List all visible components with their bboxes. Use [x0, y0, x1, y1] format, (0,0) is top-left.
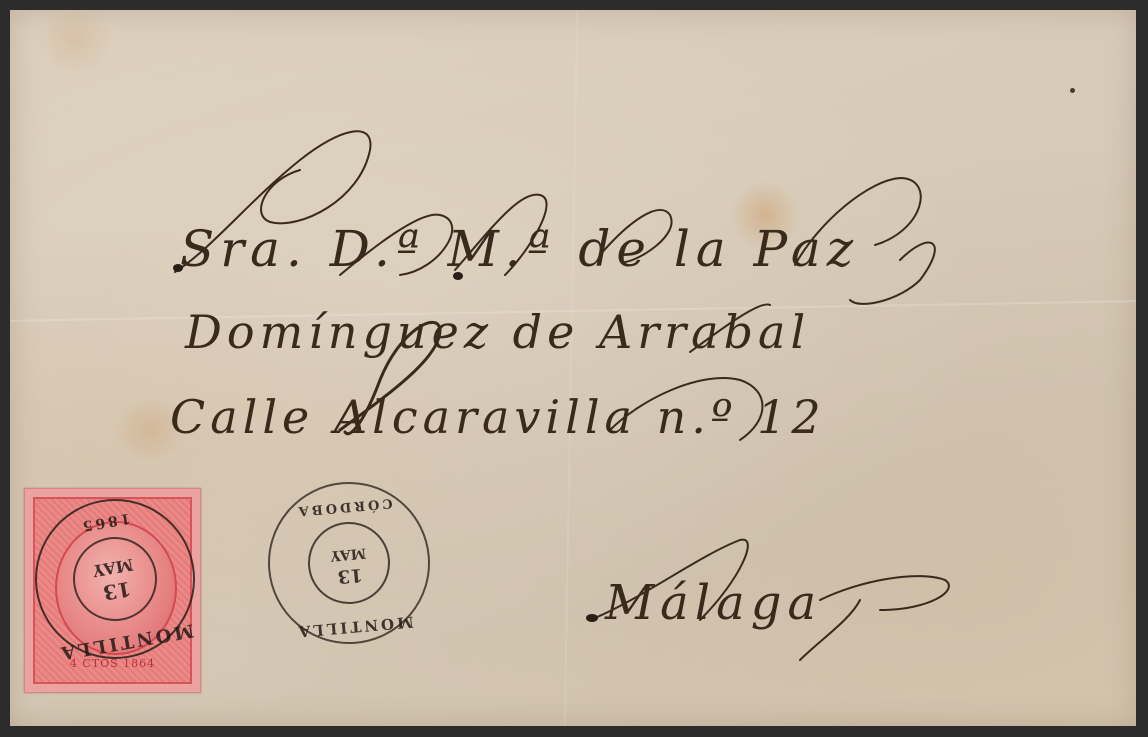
address-line-3: Calle Alcaravilla n.º 12 [170, 390, 826, 444]
address-line-2: Domínguez de Arrabal [185, 305, 810, 359]
destination-city: Málaga [605, 575, 822, 631]
postage-stamp: 4 CTOS 1864 MONTILLA 13 MAY 1865 [24, 488, 201, 693]
address-line-1: Sra. D.ª M.ª de la Paz [180, 220, 859, 278]
